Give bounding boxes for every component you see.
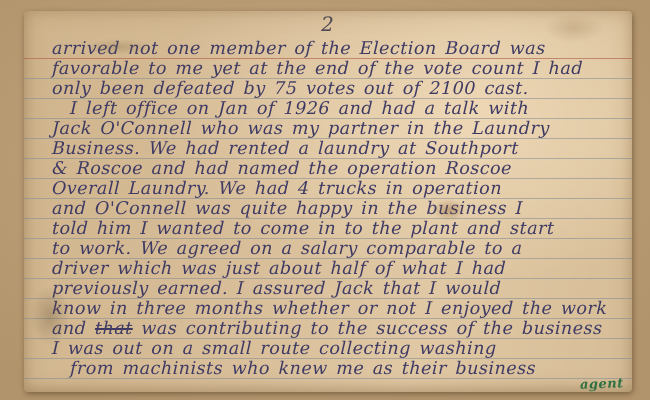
handwriting-line: from machinists who knew me as their bus…: [52, 359, 631, 379]
handwriting-segment: & Roscoe and had named the operation Ros…: [52, 159, 513, 179]
handwriting-segment: driver which was just about half of what…: [52, 259, 507, 279]
handwriting-line: and that was contributing to the success…: [52, 319, 631, 339]
handwriting-segment: only been defeated by 75 votes out of 21…: [52, 79, 530, 99]
handwriting-segment: Business. We had rented a laundry at Sou…: [52, 139, 520, 159]
handwriting-line: Business. We had rented a laundry at Sou…: [52, 139, 631, 159]
handwriting-segment: to work. We agreed on a salary comparabl…: [52, 239, 523, 259]
handwriting-segment: favorable to me yet at the end of the vo…: [52, 59, 584, 79]
photo-background: 2 arrived not one member of the Election…: [0, 0, 650, 400]
handwriting-line: previously earned. I assured Jack that I…: [52, 279, 631, 299]
handwriting-line: know in three months whether or not I en…: [52, 299, 631, 319]
handwritten-text: arrived not one member of the Election B…: [52, 39, 630, 379]
handwriting-segment: from machinists who knew me as their bus…: [70, 359, 537, 379]
handwriting-line: to work. We agreed on a salary comparabl…: [52, 239, 631, 259]
handwriting-segment: I was out on a small route collecting wa…: [52, 339, 497, 359]
handwriting-line: driver which was just about half of what…: [52, 259, 631, 279]
handwriting-line: favorable to me yet at the end of the vo…: [52, 59, 631, 79]
handwriting-segment: Overall Laundry. We had 4 trucks in oper…: [52, 179, 503, 199]
handwriting-segment: arrived not one member of the Election B…: [52, 39, 546, 59]
handwriting-line: Jack O'Connell who was my partner in the…: [52, 119, 631, 139]
struck-word: that: [95, 319, 133, 339]
handwriting-segment: told him I wanted to come in to the plan…: [52, 219, 555, 239]
handwriting-segment: I left office on Jan of 1926 and had a t…: [70, 99, 530, 119]
page-number: 2: [24, 12, 632, 36]
handwriting-line: & Roscoe and had named the operation Ros…: [52, 159, 631, 179]
handwriting-line: I was out on a small route collecting wa…: [52, 339, 631, 359]
handwriting-line: I left office on Jan of 1926 and had a t…: [52, 99, 631, 119]
index-card: 2 arrived not one member of the Election…: [24, 11, 632, 392]
green-ink-annotation: agent: [580, 376, 624, 393]
handwriting-line: and O'Connell was quite happy in the bus…: [52, 199, 631, 219]
handwriting-line: Overall Laundry. We had 4 trucks in oper…: [52, 179, 631, 199]
handwriting-line: arrived not one member of the Election B…: [52, 39, 631, 59]
handwriting-line: told him I wanted to come in to the plan…: [52, 219, 631, 239]
handwriting-segment: Jack O'Connell who was my partner in the…: [52, 119, 550, 139]
handwriting-segment: previously earned. I assured Jack that I…: [52, 279, 502, 299]
handwriting-line: only been defeated by 75 votes out of 21…: [52, 79, 631, 99]
handwriting-segment: and: [52, 319, 96, 339]
handwriting-segment: and O'Connell was quite happy in the bus…: [52, 199, 524, 219]
handwriting-segment: was contributing to the success of the b…: [132, 319, 602, 339]
handwriting-segment: know in three months whether or not I en…: [52, 299, 608, 319]
